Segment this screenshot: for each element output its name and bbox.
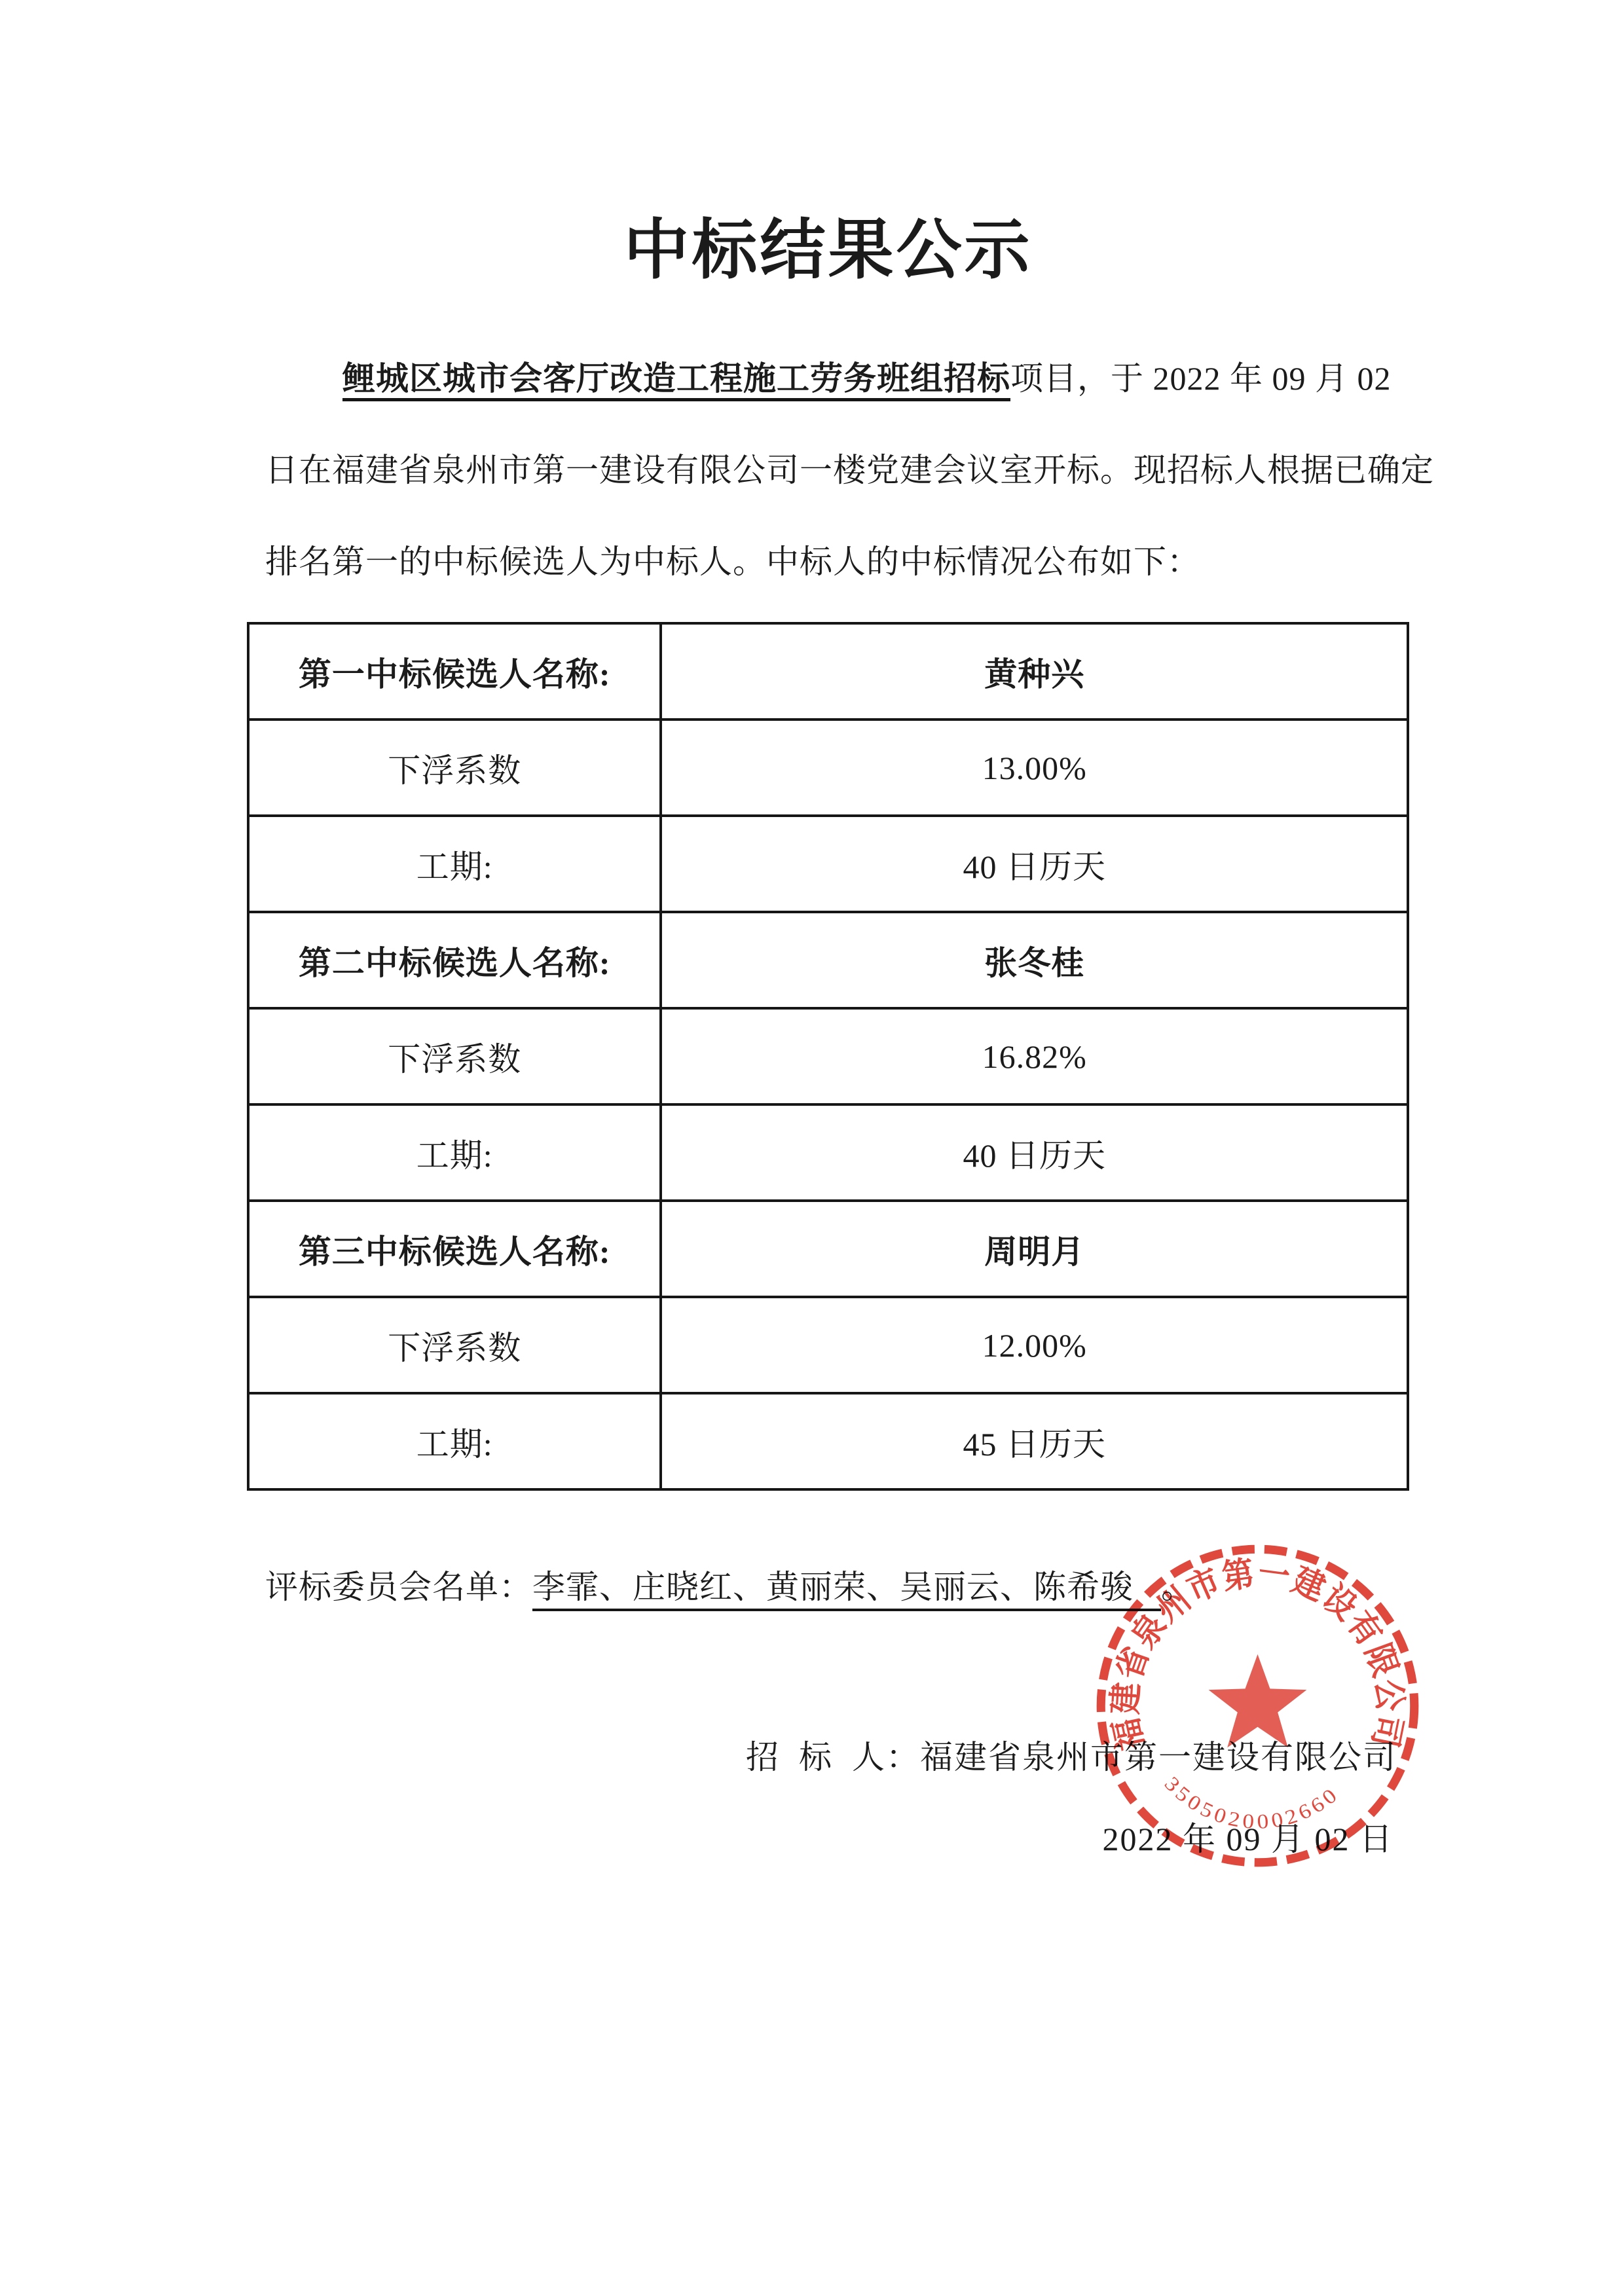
table-row: 第一中标候选人名称: 黄种兴 bbox=[248, 623, 1408, 720]
row-value: 45 日历天 bbox=[661, 1393, 1408, 1489]
table-row: 工期: 45 日历天 bbox=[248, 1393, 1408, 1489]
row-label: 第一中标候选人名称: bbox=[248, 623, 661, 720]
document-page: 中标结果公示 鲤城区城市会客厅改造工程施工劳务班组招标项目，于 2022 年 0… bbox=[0, 0, 1624, 2296]
row-value: 周明月 bbox=[661, 1201, 1408, 1297]
row-label: 工期: bbox=[248, 816, 661, 912]
row-value: 40 日历天 bbox=[661, 816, 1408, 912]
row-label: 工期: bbox=[248, 1393, 661, 1489]
intro-line-1: 鲤城区城市会客厅改造工程施工劳务班组招标项目，于 2022 年 09 月 02 bbox=[265, 333, 1409, 424]
table-row: 下浮系数 16.82% bbox=[248, 1008, 1408, 1104]
row-value: 张冬桂 bbox=[661, 912, 1408, 1008]
intro-line-1-rest: 项目，于 2022 年 09 月 02 bbox=[1010, 360, 1392, 397]
table-row: 工期: 40 日历天 bbox=[248, 1104, 1408, 1201]
table-row: 工期: 40 日历天 bbox=[248, 816, 1408, 912]
row-value: 13.00% bbox=[661, 720, 1408, 816]
row-value: 12.00% bbox=[661, 1297, 1408, 1393]
table-row: 下浮系数 13.00% bbox=[248, 720, 1408, 816]
table-row: 下浮系数 12.00% bbox=[248, 1297, 1408, 1393]
bid-results-table: 第一中标候选人名称: 黄种兴 下浮系数 13.00% 工期: 40 日历天 第二… bbox=[247, 622, 1409, 1491]
intro-line-3: 排名第一的中标候选人为中标人。中标人的中标情况公布如下： bbox=[265, 516, 1409, 608]
row-value: 16.82% bbox=[661, 1008, 1408, 1104]
intro-line-2: 日在福建省泉州市第一建设有限公司一楼党建会议室开标。现招标人根据已确定 bbox=[265, 424, 1409, 516]
page-title: 中标结果公示 bbox=[247, 208, 1409, 293]
row-label: 下浮系数 bbox=[248, 1008, 661, 1104]
project-name-underlined: 鲤城区城市会客厅改造工程施工劳务班组招标 bbox=[342, 360, 1010, 401]
row-value: 40 日历天 bbox=[661, 1104, 1408, 1201]
row-label: 下浮系数 bbox=[248, 720, 661, 816]
table-row: 第二中标候选人名称: 张冬桂 bbox=[248, 912, 1408, 1008]
committee-names-underlined: 李霏、庄晓红、黄丽荣、吴丽云、陈希骏 bbox=[532, 1569, 1161, 1611]
table-row: 第三中标候选人名称: 周明月 bbox=[248, 1201, 1408, 1297]
row-label: 下浮系数 bbox=[248, 1297, 661, 1393]
row-value: 黄种兴 bbox=[661, 623, 1408, 720]
row-label: 第三中标候选人名称: bbox=[248, 1201, 661, 1297]
seal-number-arc-text: 3505020002660 bbox=[1160, 1772, 1344, 1833]
company-seal-stamp: 福建省泉州市第一建设有限公司 3505020002660 bbox=[1086, 1534, 1430, 1878]
intro-paragraph: 鲤城区城市会客厅改造工程施工劳务班组招标项目，于 2022 年 09 月 02 … bbox=[247, 333, 1409, 608]
row-label: 工期: bbox=[248, 1104, 661, 1201]
row-label: 第二中标候选人名称: bbox=[248, 912, 661, 1008]
committee-label: 评标委员会名单： bbox=[265, 1569, 532, 1605]
seal-star-icon bbox=[1209, 1654, 1307, 1747]
